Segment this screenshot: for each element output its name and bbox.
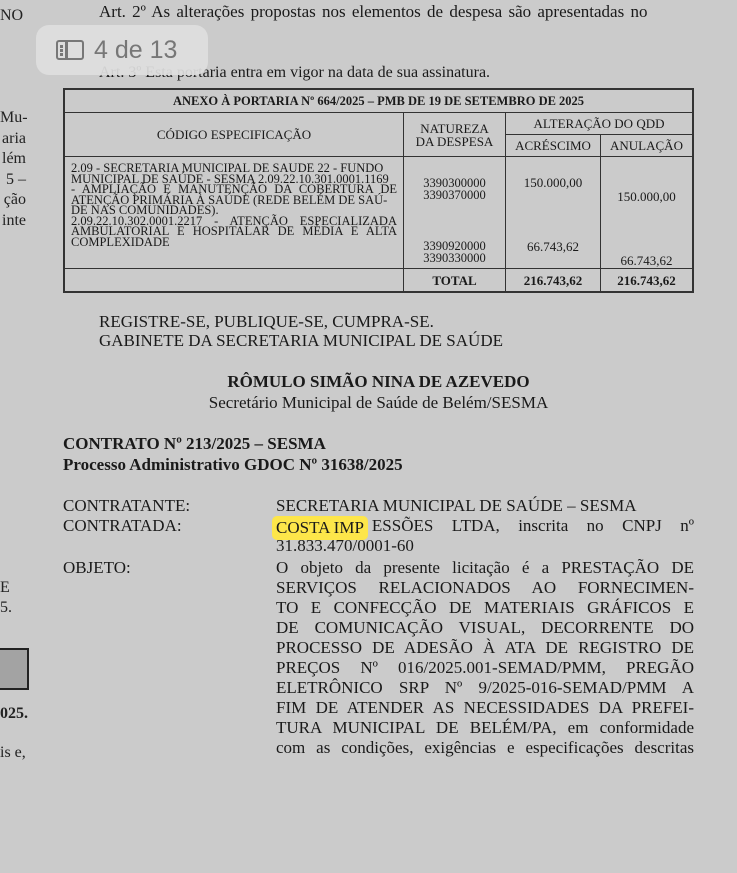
left-fragment-line: inte <box>0 211 26 232</box>
left-fragment-line: Mu- <box>0 108 26 129</box>
header-nature: NATUREZA DA DESPESA <box>404 113 506 157</box>
left-fragment-line: 5. <box>0 598 12 618</box>
left-column-fragment: NO <box>0 6 23 26</box>
total-spacer <box>64 269 404 293</box>
object-line: TO E CONFECÇÃO DE MATERIAIS GRÁFICOS E <box>276 598 694 618</box>
header-qdd-change: ALTERAÇÃO DO QDD <box>506 113 694 135</box>
contracted-label: CONTRATADA: <box>63 516 182 536</box>
nature-code: 3390370000 <box>404 189 505 201</box>
left-fragment-line: 025. <box>0 704 28 724</box>
object-line: PROCESSO DE ADESÃO À ATA DE REGISTRO DE <box>276 638 694 658</box>
object-line: com as condições, exigências e especific… <box>276 738 694 758</box>
object-line: FIM DE ATENDER AS NECESSIDADES DA PREFEI… <box>276 698 694 718</box>
header-addition: ACRÉSCIMO <box>506 135 601 157</box>
addition-value: 66.743,62 <box>506 241 600 253</box>
annulment-value: 66.743,62 <box>601 255 692 267</box>
object-line: SERVIÇOS RELACIONADOS AO FORNECIMEN- <box>276 578 694 598</box>
nature-code: 3390330000 <box>404 252 505 264</box>
contract-process: Processo Administrativo GDOC Nº 31638/20… <box>63 455 403 475</box>
annulment-cell: 150.000,00 66.743,62 <box>601 157 694 269</box>
annex-table-title: ANEXO À PORTARIA Nº 664/2025 – PMB DE 19… <box>64 89 693 113</box>
object-line: TURA MUNICIPAL DE BELÉM/PA, em conformid… <box>276 718 694 738</box>
object-text: O objeto da presente licitação é a PREST… <box>276 558 694 758</box>
contract-title: CONTRATO Nº 213/2025 – SESMA <box>63 434 326 454</box>
article-2: Art. 2º As alterações propostas nos elem… <box>99 2 647 22</box>
left-column-fragment-group-1: Mu- aria lém 5 – ção inte <box>0 108 26 231</box>
addition-value: 150.000,00 <box>506 177 600 189</box>
left-fragment-line: aria <box>0 129 26 150</box>
page-indicator[interactable]: 4 de 13 <box>36 25 208 75</box>
contracted-cnpj: 31.833.470/0001-60 <box>276 536 414 556</box>
object-line: PREÇOS Nº 016/2025.001-SEMAD/PMM, PREGÃO <box>276 658 694 678</box>
annex-table: ANEXO À PORTARIA Nº 664/2025 – PMB DE 19… <box>63 88 694 293</box>
header-nature-line2: DA DESPESA <box>404 135 505 148</box>
total-annulment: 216.743,62 <box>601 269 694 293</box>
object-line: O objeto da presente licitação é a PREST… <box>276 558 694 578</box>
object-line: ELETRÔNICO SRP Nº 9/2025-016-SEMAD/PMM A <box>276 678 694 698</box>
annulment-value: 150.000,00 <box>601 191 692 203</box>
contractor-label: CONTRATANTE: <box>63 496 190 516</box>
header-annulment: ANULAÇÃO <box>601 135 694 157</box>
left-fragment-line: ção <box>0 190 26 211</box>
header-nature-line1: NATUREZA <box>404 122 505 135</box>
contracted-rest: ESSÕES LTDA, inscrita no CNPJ nº <box>368 516 694 540</box>
left-fragment-line: E <box>0 578 10 598</box>
header-code-spec: CÓDIGO ESPECIFICAÇÃO <box>64 113 404 157</box>
total-label: TOTAL <box>404 269 506 293</box>
total-addition: 216.743,62 <box>506 269 601 293</box>
signer-name: RÔMULO SIMÃO NINA DE AZEVEDO <box>0 372 737 392</box>
signer-title: Secretário Municipal de Saúde de Belém/S… <box>0 393 737 413</box>
left-column-gray-box <box>0 648 29 690</box>
closing-line-1: REGISTRE-SE, PUBLIQUE-SE, CUMPRA-SE. <box>99 312 434 332</box>
left-fragment-line: 5 – <box>0 170 26 191</box>
sidebar-icon[interactable] <box>56 40 84 60</box>
page-indicator-label: 4 de 13 <box>94 36 177 65</box>
left-fragment-line: is e, <box>0 743 26 763</box>
spec-line: COMPLEXIDADE <box>71 237 397 248</box>
contractor-value: SECRETARIA MUNICIPAL DE SAÚDE – SESMA <box>276 496 637 516</box>
nature-cell: 3390300000 3390370000 3390920000 3390330… <box>404 157 506 269</box>
object-label: OBJETO: <box>63 558 131 578</box>
left-fragment-line: lém <box>0 149 26 170</box>
object-line: DE COMUNICAÇÃO VISUAL, DECORRENTE DO <box>276 618 694 638</box>
specification-cell: 2.09 - SECRETARIA MUNICIPAL DE SAUDE 22 … <box>64 157 404 269</box>
closing-line-2: GABINETE DA SECRETARIA MUNICIPAL DE SAÚD… <box>99 331 503 351</box>
addition-cell: 150.000,00 66.743,62 <box>506 157 601 269</box>
